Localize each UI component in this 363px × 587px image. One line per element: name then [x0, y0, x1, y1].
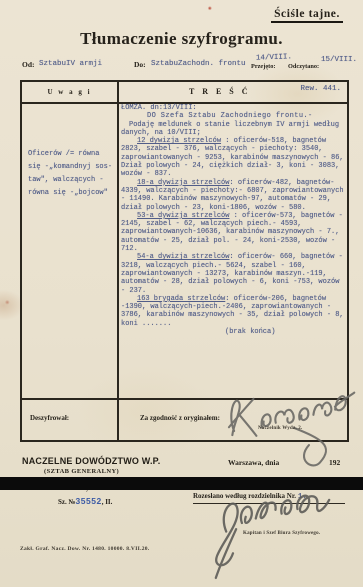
division-name: 54-a dywizja strzelców — [137, 253, 229, 261]
classification-stamp: Ściśle tajne. — [271, 8, 343, 23]
received-label: Przejęto: — [251, 63, 275, 70]
division-entry: 163 brygada strzelców: oficerów-206, bag… — [121, 295, 344, 328]
to-label: Do: — [134, 60, 146, 69]
signature-szef-biura — [195, 487, 345, 562]
read-label: Odczytano: — [288, 63, 319, 70]
authority-name: NACZELNE DOWÓDZTWO W.P. — [22, 456, 160, 466]
revision-note: Rew. 441. — [300, 85, 341, 93]
received-value: 14/VIII. — [256, 53, 292, 62]
division-entry: 12 dywizja strzelców : oficerów-518, bag… — [121, 137, 344, 178]
decrypted-by-label: Deszyfrował: — [30, 414, 69, 422]
document-page: Ściśle tajne. Tłumaczenie szyfrogramu. O… — [0, 0, 363, 587]
column-divider — [117, 82, 119, 440]
page-title: Tłumaczenie szyfrogramu. — [0, 29, 363, 49]
signature2-caption: Kapitan i Szef Biura Szyfrowego. — [243, 531, 320, 536]
from-value: SztabuIV armji — [39, 60, 102, 68]
division-entry: 18-a dywizja strzelców: oficerów-482, ba… — [121, 179, 344, 212]
ref-suffix: , II. — [102, 498, 113, 506]
uwagi-column-header: U w a g i — [22, 82, 117, 102]
division-name: 53-a dywizja strzelców — [137, 212, 229, 220]
tresc-label: T R E Ś Ć — [189, 87, 251, 96]
salutation-line: DO Szefa Sztabu Zachodniego frontu.- — [121, 112, 344, 120]
division-name: 18-a dywizja strzelców — [137, 179, 229, 187]
intro-paragraph: Podaję meldunek o stanie liczebnym IV ar… — [121, 121, 344, 138]
division-entry: 53-a dywizja strzelców : oficerów-573, b… — [121, 212, 344, 253]
table-header-row: U w a g i T R E Ś Ć Rew. 441. — [22, 82, 347, 104]
message-body: ŁOMŻA. dn:13/VIII: DO Szefa Sztabu Zacho… — [121, 104, 344, 336]
from-label: Od: — [22, 60, 35, 69]
ref-number-stamp: 35552 — [76, 496, 102, 506]
division-entry: 54-a dywizja strzelców: oficerów- 660, b… — [121, 253, 344, 294]
tresc-column-header: T R E Ś Ć Rew. 441. — [119, 82, 347, 102]
read-value: 15/VIII. — [321, 56, 357, 64]
print-shop-note: Zakł. Graf. Nacz. Dow. Nr. 1480. 10000. … — [20, 546, 150, 552]
redaction-bar — [0, 477, 363, 490]
to-value: SztabuZachodn. frontu — [151, 60, 246, 68]
ref-prefix: Sz. № — [58, 498, 76, 506]
authority-subtitle: (SZTAB GENERALNY) — [44, 468, 119, 475]
conformity-label: Za zgodność z oryginałem: — [140, 414, 220, 422]
division-name: 163 brygada strzelców — [137, 295, 225, 303]
reference-number-line: Sz. №35552, II. — [58, 496, 112, 506]
end-note: (brak końca) — [121, 328, 344, 336]
margin-annotation: Oficerów /= równa się -„komandnyj sos- t… — [28, 148, 116, 200]
signature1-caption: Naczelnik Wydz. 2. — [258, 426, 302, 431]
division-name: 12 dywizja strzelców — [137, 137, 221, 145]
